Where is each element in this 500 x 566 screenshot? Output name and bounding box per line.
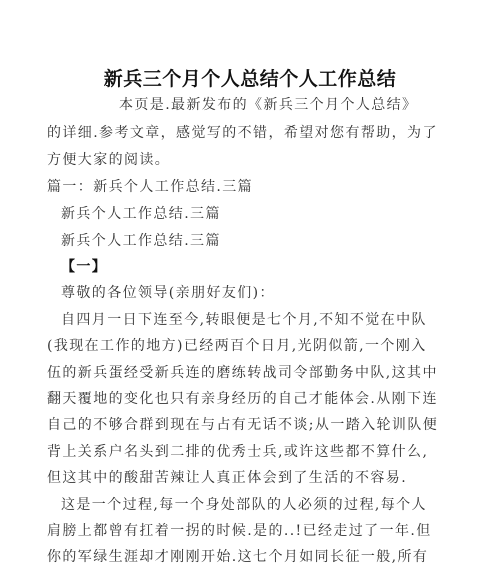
paragraph-line: 自己的不够合群到现在与占有无话不谈;从一踏入轮训队便 [47, 414, 438, 434]
paragraph-line: 肩膀上都曾有扛着一拐的时候.是的..!已经走过了一年.但 [47, 520, 432, 540]
paragraph-line: 但这其中的酸甜苦辣让人真正体会到了生活的不容易. [47, 467, 407, 487]
paragraph-line: 翻天覆地的变化也只有亲身经历的自己才能体会.从刚下连 [47, 388, 438, 408]
paragraph-line: 本页是.最新发布的《新兵三个月个人总结》 [119, 94, 417, 114]
paragraph-line: 篇一：新兵个人工作总结.三篇 [47, 176, 253, 196]
paragraph-line: 方便大家的阅读。 [47, 149, 170, 169]
paragraph-line: 自四月一日下连至今,转眼便是七个月,不知不觉在中队 [61, 309, 427, 329]
paragraph-line: 新兵个人工作总结.三篇 [61, 203, 221, 223]
paragraph-line: (我现在工作的地方)已经两百个日月,光阴似箭,一个刚入 [47, 335, 427, 355]
paragraph-line: 你的军绿生涯却才刚刚开始.这七个月如同长征一般,所有 [47, 546, 428, 566]
paragraph-line: 尊敬的各位领导(亲朋好友们)： [61, 282, 275, 302]
paragraph-line: 伍的新兵蛋经受新兵连的磨练转战司令部勤务中队,这其中 [47, 362, 438, 382]
document-title: 新兵三个月个人总结个人工作总结 [0, 64, 500, 91]
paragraph-line: 背上关系户名头到二排的优秀士兵,或许这些都不算什么, [47, 441, 428, 461]
paragraph-line: 这是一个过程,每一个身处部队的人必须的过程,每个人 [61, 494, 427, 514]
paragraph-line: 的详细.参考文章，感觉写的不错，希望对您有帮助，为了 [47, 122, 438, 142]
paragraph-line: 新兵个人工作总结.三篇 [61, 230, 221, 250]
section-heading: 【一】 [61, 256, 107, 276]
